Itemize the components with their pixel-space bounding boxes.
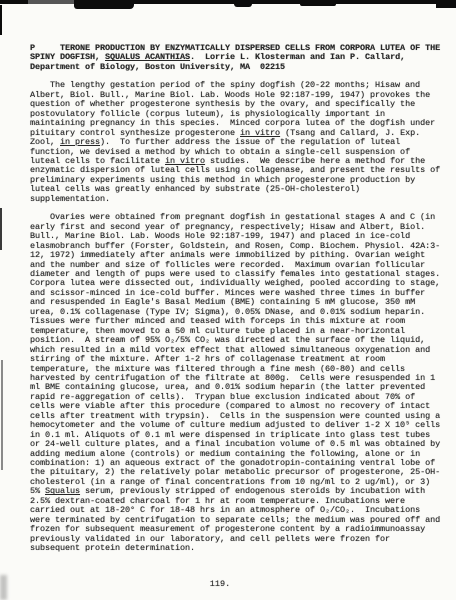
scan-edge-left-mark (1, 360, 3, 470)
scan-edge-blob (300, 0, 336, 6)
scan-edge-smudge (0, 575, 7, 600)
scan-edge-blob (234, 0, 252, 7)
abstract-paragraph-methods: Ovaries were obtained from pregnant dogf… (30, 213, 442, 553)
abstract-title: P TERONE PRODUCTION BY ENZYMATICALLY DIS… (30, 44, 442, 72)
scan-edge-left-mark (0, 208, 2, 250)
scanned-abstract-page: P TERONE PRODUCTION BY ENZYMATICALLY DIS… (30, 44, 442, 554)
scan-edge-left-mark (0, 5, 2, 35)
page-number: 119. (30, 579, 410, 589)
scan-edge-top-fade (28, 0, 78, 4)
scan-edge-blob (74, 0, 134, 9)
scan-edge-corner-mark (436, 0, 456, 8)
abstract-paragraph-introduction: The lengthy gestation period of the spin… (30, 81, 442, 204)
